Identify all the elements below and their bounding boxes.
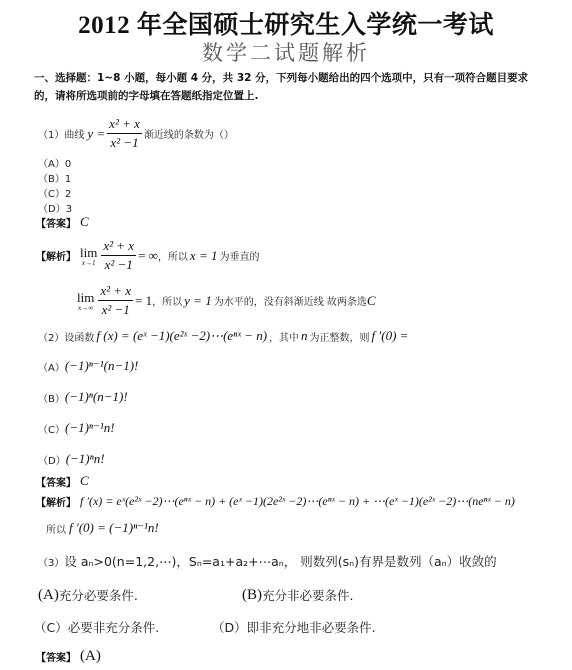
option-label: （D） xyxy=(212,618,247,636)
q2-derivative: f ′(0) = xyxy=(372,328,409,344)
limit-result: = ∞ xyxy=(138,248,158,264)
q1-option-a: （A）0 xyxy=(38,155,71,170)
option-label: （B） xyxy=(38,174,65,185)
option-value: (−1)ⁿn! xyxy=(66,451,105,467)
option-value: 即非充分地非必要条件. xyxy=(247,618,376,636)
option-value: (−1)ⁿ⁻¹n! xyxy=(65,420,115,436)
analysis-math: x = 1 xyxy=(190,248,218,264)
q1-analysis-line2: lim x→∞ x² + x x² −1 = 1 ，所以 y = 1 为水平的，… xyxy=(77,283,376,318)
option-label: （A） xyxy=(38,359,65,374)
q2-option-c: （C）(−1)ⁿ⁻¹n! xyxy=(38,420,115,436)
analysis-math: y = 1 xyxy=(184,293,212,309)
q1-number: （1） xyxy=(38,126,64,141)
q3-option-b: (B)充分非必要条件. xyxy=(242,586,353,604)
q2-option-b: （B）(−1)ⁿ(n−1)! xyxy=(38,389,128,405)
q2-derivative-formula: f ′(x) = eˣ(e²ˣ −2)⋯(eⁿˣ − n) + (eˣ −1)(… xyxy=(80,494,515,509)
option-value: (−1)ⁿ⁻¹(n−1)! xyxy=(65,358,139,374)
option-label: （C） xyxy=(38,421,65,436)
option-value: 充分必要条件. xyxy=(59,586,138,604)
q3-option-c: （C）必要非充分条件. xyxy=(34,618,159,636)
section-intro-line2: 的，请将所选项前的字母填在答题纸指定位置上. xyxy=(34,88,259,103)
option-value: 0 xyxy=(65,159,71,170)
option-value: 充分非必要条件. xyxy=(262,586,353,604)
analysis-label: 【解析】 xyxy=(36,248,76,263)
frac-numerator: x² + x xyxy=(101,238,136,255)
q2-option-a: （A）(−1)ⁿ⁻¹(n−1)! xyxy=(38,358,138,374)
q2-text: 为正整数，则 xyxy=(310,329,370,344)
q3-stem-part-a: 设 aₙ>0(n=1,2,⋯)，Sₙ=a₁+a₂+⋯aₙ， xyxy=(64,552,296,570)
option-label: （A） xyxy=(38,159,65,170)
q3-stem-part-b: 则数列(sₙ)有界是数列（aₙ）收敛的 xyxy=(300,552,496,570)
q2-function: f (x) = (eˣ −1)(e²ˣ −2)⋯(eⁿˣ − n) xyxy=(96,328,267,344)
q2-conclusion: 所以 f ′(0) = (−1)ⁿ⁻¹n! xyxy=(46,520,159,536)
option-value: 1 xyxy=(65,174,71,185)
q1-fraction: x² + x x² −1 xyxy=(107,116,142,151)
answer-label: 【答案】 xyxy=(36,215,76,230)
option-label: （C） xyxy=(34,618,68,636)
q2-analysis: 【解析】 f ′(x) = eˣ(e²ˣ −2)⋯(eⁿˣ − n) + (eˣ… xyxy=(36,494,515,509)
limit-fraction: x² + x x² −1 xyxy=(98,283,133,318)
option-value: 2 xyxy=(65,189,71,200)
q3-option-d: （D）即非充分地非必要条件. xyxy=(212,618,376,636)
analysis-text: ，所以 xyxy=(152,293,182,308)
q1-option-d: （D）3 xyxy=(38,200,72,215)
option-value: (−1)ⁿ(n−1)! xyxy=(65,389,128,405)
limit-fraction: x² + x x² −1 xyxy=(101,238,136,273)
q3-answer: 【答案】 (A) xyxy=(36,648,101,665)
q2-answer-value: C xyxy=(80,473,89,489)
answer-label: 【答案】 xyxy=(36,649,76,664)
conclusion-prefix: 所以 xyxy=(46,521,66,536)
option-label: （B） xyxy=(38,390,65,405)
q1-frac-denominator: x² −1 xyxy=(108,134,140,151)
q2-option-d: （D）(−1)ⁿn! xyxy=(38,451,105,467)
frac-denominator: x² −1 xyxy=(103,256,135,273)
answer-label: 【答案】 xyxy=(36,474,76,489)
conclusion-math: f ′(0) = (−1)ⁿ⁻¹n! xyxy=(69,520,159,536)
analysis-text: 为垂直的 xyxy=(219,248,259,263)
q3-option-a: (A)充分必要条件. xyxy=(38,586,138,604)
q1-analysis-line1: 【解析】 lim x→1 x² + x x² −1 = ∞ ，所以 x = 1 … xyxy=(36,238,259,273)
limit-expression: lim x→1 xyxy=(80,245,97,267)
analysis-text: 为水平的，没有斜渐近线 故两条选 xyxy=(214,293,367,308)
q1-frac-numerator: x² + x xyxy=(107,116,142,133)
lim-subscript: x→∞ xyxy=(78,304,93,312)
q2-answer: 【答案】 C xyxy=(36,473,89,489)
frac-numerator: x² + x xyxy=(98,283,133,300)
frac-denominator: x² −1 xyxy=(100,301,132,318)
q1-prefix: 曲线 xyxy=(64,126,84,141)
q1-option-c: （C）2 xyxy=(38,185,71,200)
q2-text: ，其中 xyxy=(269,329,299,344)
q1-y-eq: y = xyxy=(87,126,105,142)
document-title: 2012 年全国硕士研究生入学统一考试 xyxy=(0,5,572,41)
analysis-label: 【解析】 xyxy=(36,494,76,509)
q2-prefix: 设函数 xyxy=(64,329,94,344)
analysis-text: ，所以 xyxy=(158,248,188,263)
q3-stem: （3） 设 aₙ>0(n=1,2,⋯)，Sₙ=a₁+a₂+⋯aₙ， 则数列(sₙ… xyxy=(38,552,497,570)
document-subtitle: 数学二试题解析 xyxy=(0,37,572,67)
section-intro-line1: 一、选择题：1~8 小题，每小题 4 分，共 32 分，下列每小题给出的四个选项… xyxy=(34,70,528,85)
q3-answer-value: (A) xyxy=(80,648,101,665)
q2-stem: （2） 设函数 f (x) = (eˣ −1)(e²ˣ −2)⋯(eⁿˣ − n… xyxy=(38,328,408,344)
lim-subscript: x→1 xyxy=(82,259,96,267)
option-label: (B) xyxy=(242,587,262,604)
option-label: （D） xyxy=(38,452,66,467)
q1-answer: 【答案】 C xyxy=(36,214,89,230)
analysis-choice: C xyxy=(367,293,376,309)
q3-number: （3） xyxy=(38,554,64,569)
q1-answer-value: C xyxy=(80,214,89,230)
option-label: （C） xyxy=(38,189,65,200)
option-value: 必要非充分条件. xyxy=(68,618,159,636)
q1-option-b: （B）1 xyxy=(38,170,71,185)
q2-number: （2） xyxy=(38,329,64,344)
q2-n: n xyxy=(301,328,308,344)
q1-suffix: 渐近线的条数为（） xyxy=(144,126,234,141)
limit-result: = 1 xyxy=(135,293,152,309)
option-label: (A) xyxy=(38,587,59,604)
q1-stem: （1） 曲线 y = x² + x x² −1 渐近线的条数为（） xyxy=(38,116,234,151)
limit-expression: lim x→∞ xyxy=(77,290,94,312)
